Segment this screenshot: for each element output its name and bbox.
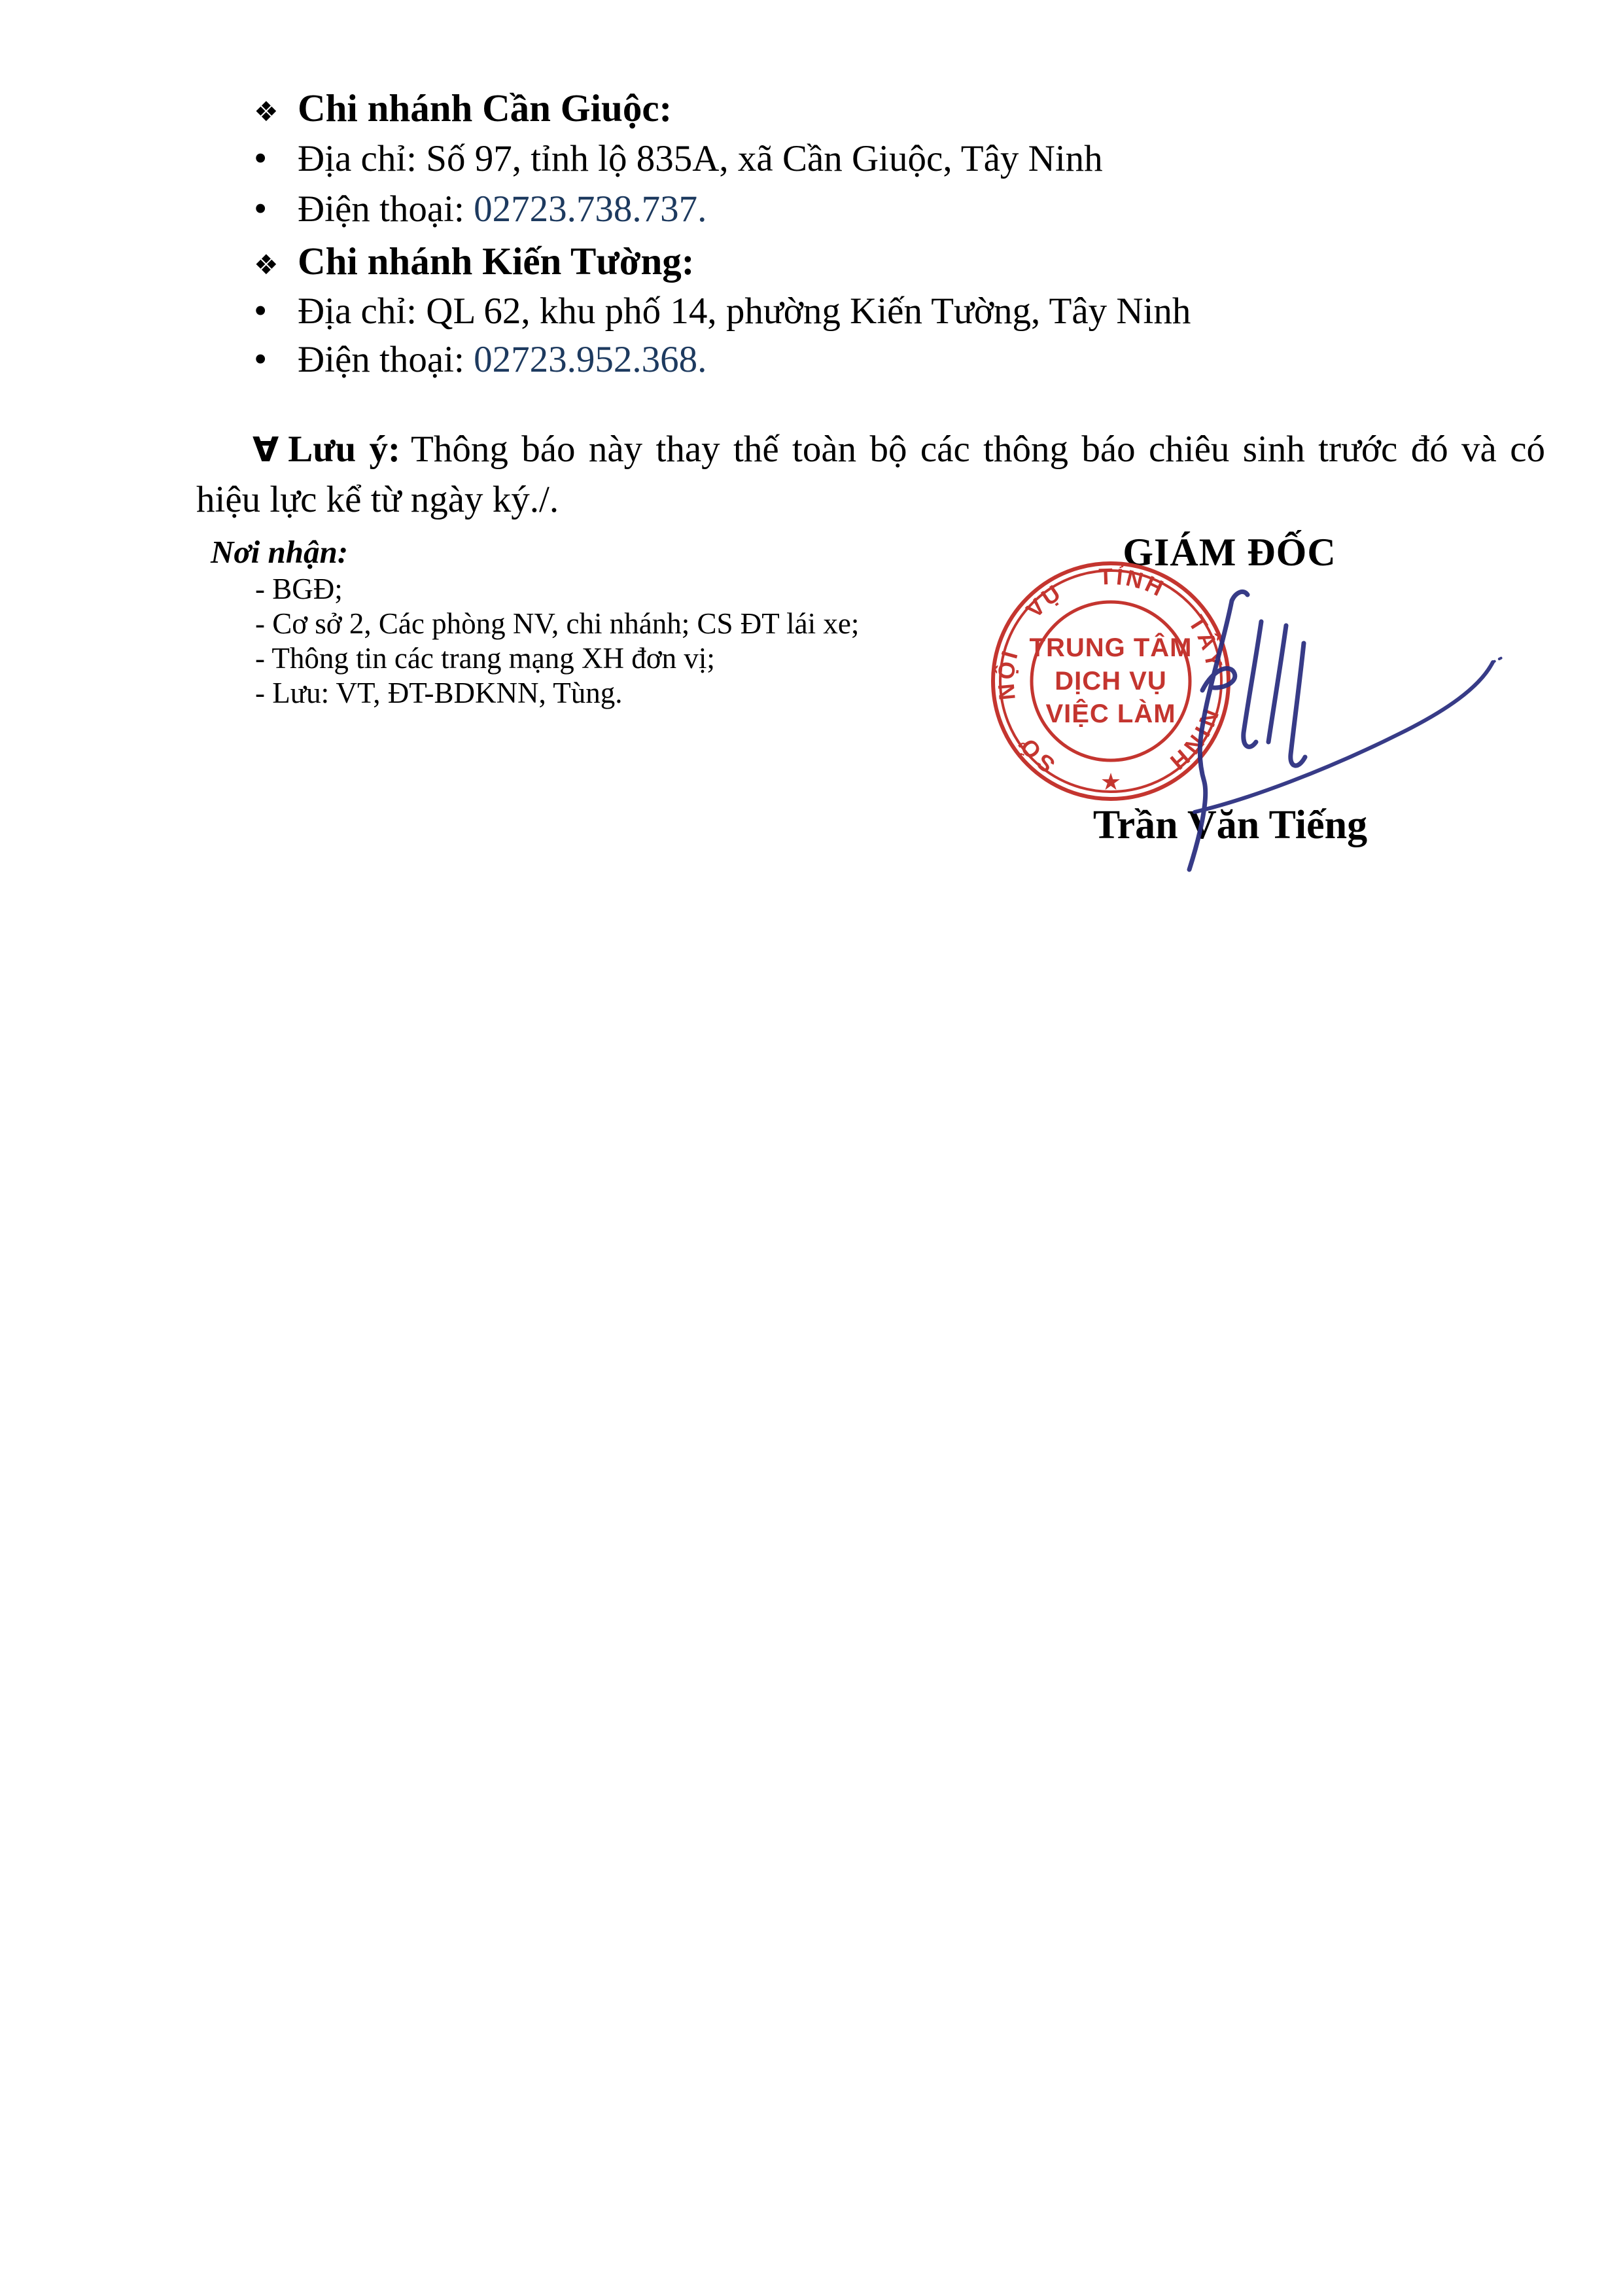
branch-2-phone-line: • Điện thoại: 02723.952.368. <box>254 337 707 381</box>
recipients-list: - BGĐ; - Cơ sở 2, Các phòng NV, chi nhán… <box>255 572 859 711</box>
branch-1-phone: Điện thoại: 02723.738.737. <box>298 188 707 230</box>
diamond-bullet-icon: ❖ <box>254 96 298 128</box>
signature-stroke <box>1268 626 1286 742</box>
note-label: Lưu ý: <box>288 429 400 470</box>
recipient-item: - Cơ sở 2, Các phòng NV, chi nhánh; CS Đ… <box>255 607 859 641</box>
address-value: QL 62, khu phố 14, phường Kiến Tường, Tâ… <box>426 291 1191 332</box>
note-paragraph: ∀Lưu ý:Thông báo này thay thế toàn bộ cá… <box>196 425 1545 525</box>
recipient-item: - Lưu: VT, ĐT-BDKNN, Tùng. <box>255 676 859 711</box>
diamond-bullet-icon: ❖ <box>254 249 298 281</box>
signature-flourish <box>1195 662 1493 812</box>
signature-stroke <box>1202 669 1235 690</box>
address-label: Địa chỉ: <box>298 291 426 332</box>
signature-stroke <box>1244 622 1261 747</box>
branch-2-heading: ❖ Chi nhánh Kiến Tường: <box>254 239 694 284</box>
signature-stroke <box>1189 601 1232 870</box>
branch-1-title: Chi nhánh Cần Giuộc: <box>298 86 672 131</box>
branch-2-address-line: • Địa chỉ: QL 62, khu phố 14, phường Kiế… <box>254 289 1191 332</box>
branch-2-address: Địa chỉ: QL 62, khu phố 14, phường Kiến … <box>298 290 1191 332</box>
forall-arrow-icon: ∀ <box>253 431 279 470</box>
signature-ink <box>1157 584 1523 879</box>
document-page: { "branches": [ { "marker": "❖", "title"… <box>0 0 1623 2296</box>
phone-label: Điện thoại: <box>298 339 474 380</box>
recipient-item: - BGĐ; <box>255 572 859 607</box>
recipients-title: Nơi nhận: <box>211 533 348 571</box>
stamp-star-icon: ★ <box>1100 769 1121 796</box>
address-value: Số 97, tỉnh lộ 835A, xã Cần Giuộc, Tây N… <box>426 138 1102 179</box>
branch-1-address: Địa chỉ: Số 97, tỉnh lộ 835A, xã Cần Giu… <box>298 137 1103 180</box>
phone-number: 02723.738.737. <box>474 188 707 230</box>
signature-stroke <box>1291 643 1305 766</box>
branch-2-phone: Điện thoại: 02723.952.368. <box>298 338 707 381</box>
phone-number: 02723.952.368. <box>474 339 707 380</box>
recipient-item: - Thông tin các trang mạng XH đơn vị; <box>255 641 859 676</box>
dot-bullet-icon: • <box>254 136 298 180</box>
svg-text:DỊCH VỤ: DỊCH VỤ <box>1055 667 1166 696</box>
signature-flourish-tip <box>1493 656 1505 662</box>
signature-stroke <box>1232 592 1248 601</box>
address-label: Địa chỉ: <box>298 138 426 179</box>
dot-bullet-icon: • <box>254 186 298 230</box>
dot-bullet-icon: • <box>254 289 298 332</box>
branch-1-address-line: • Địa chỉ: Số 97, tỉnh lộ 835A, xã Cần G… <box>254 136 1103 180</box>
branch-1-heading: ❖ Chi nhánh Cần Giuộc: <box>254 86 672 131</box>
branch-2-title: Chi nhánh Kiến Tường: <box>298 239 694 284</box>
phone-label: Điện thoại: <box>298 188 474 230</box>
dot-bullet-icon: • <box>254 337 298 381</box>
branch-1-phone-line: • Điện thoại: 02723.738.737. <box>254 186 707 230</box>
